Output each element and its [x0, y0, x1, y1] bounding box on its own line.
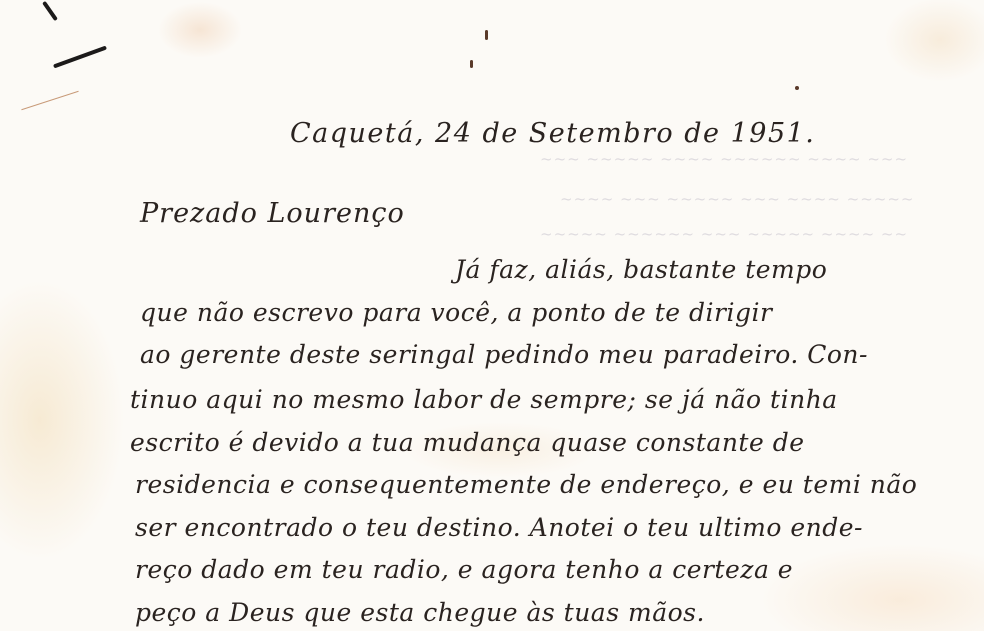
body-line: ao gerente deste seringal pedindo meu pa…: [140, 340, 868, 369]
body-line: residencia e consequentemente de endereç…: [135, 470, 917, 499]
body-line: ser encontrado o teu destino. Anotei o t…: [135, 513, 863, 542]
bleed-through-text: ~~~~ ~~~ ~~~~~ ~~~ ~~~~ ~~~~~: [560, 190, 914, 208]
body-line: Já faz, aliás, bastante tempo: [455, 255, 827, 284]
body-line: que não escrevo para você, a ponto de te…: [140, 298, 772, 327]
body-line: peço a Deus que esta chegue às tuas mãos…: [135, 598, 705, 627]
bleed-through-text: ~~~ ~~~~~ ~~~~ ~~~~~~ ~~~~ ~~~: [540, 150, 908, 168]
body-line: tinuo aqui no mesmo labor de sempre; se …: [130, 385, 838, 414]
bleed-through-text: ~~~~~ ~~~~~~ ~~~ ~~~~~ ~~~~ ~~: [540, 225, 908, 243]
body-line: escrito é devido a tua mudança quase con…: [130, 428, 805, 457]
ink-spot: [485, 30, 488, 40]
ink-spot: [470, 60, 473, 68]
place-date: Caquetá, 24 de Setembro de 1951.: [290, 118, 815, 149]
salutation: Prezado Lourenço: [140, 198, 405, 229]
ink-spot: [795, 86, 799, 90]
body-line: reço dado em teu radio, e agora tenho a …: [135, 555, 793, 584]
